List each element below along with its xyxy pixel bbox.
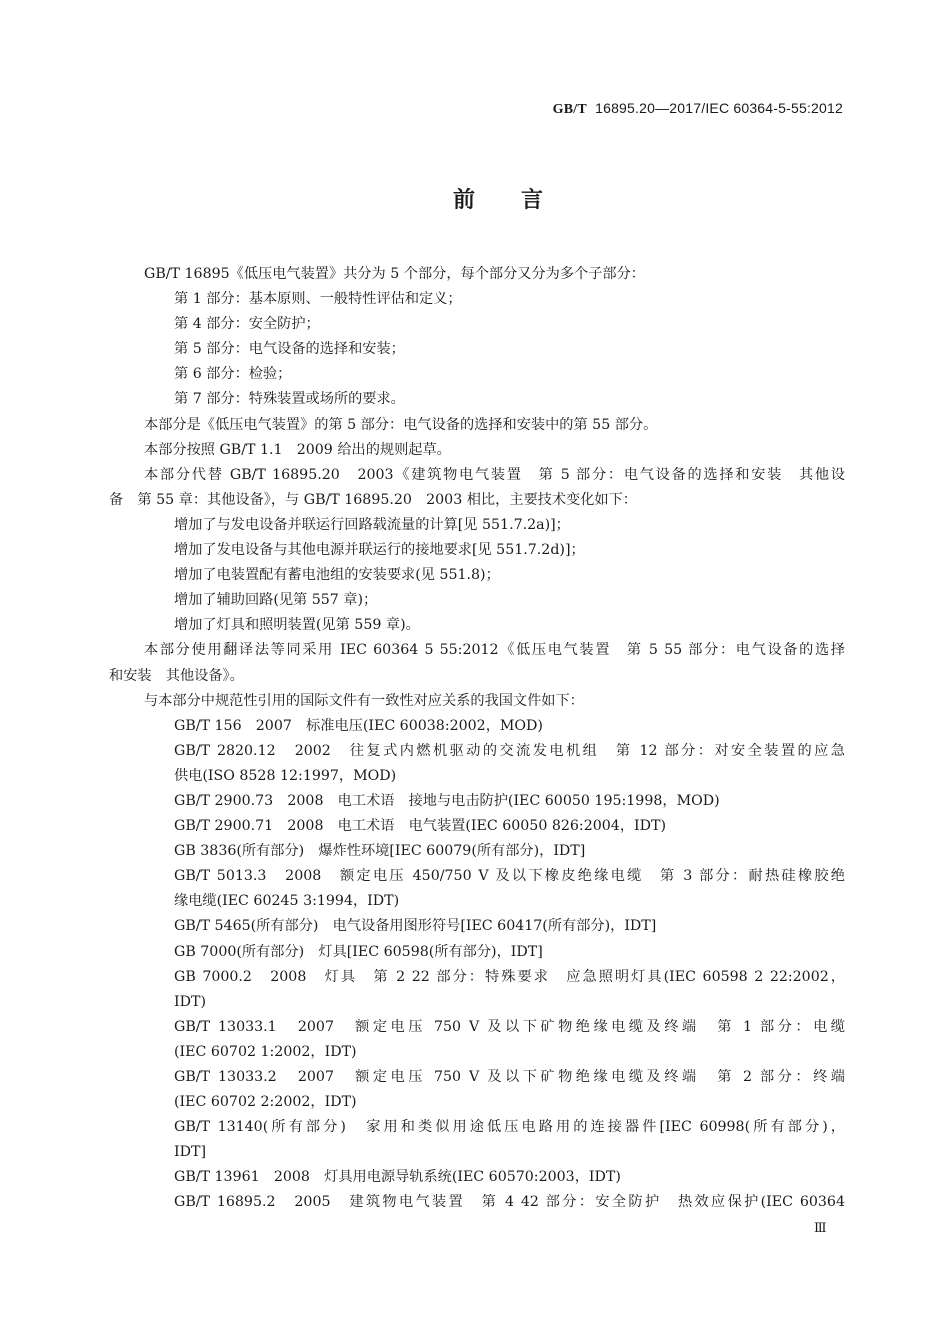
text-line: GB 7000(所有部分) 灯具[IEC 60598(所有部分)，IDT] xyxy=(109,940,845,965)
text-line: 与本部分中规范性引用的国际文件有一致性对应关系的我国文件如下： xyxy=(109,689,845,714)
text-line: 和安装 其他设备》。 xyxy=(109,664,845,689)
standard-prefix: GB/T xyxy=(553,102,587,117)
foreword-body: GB/T 16895《低压电气装置》共分为 5 个部分，每个部分又分为多个子部分… xyxy=(109,262,845,1216)
text-line: 增加了灯具和照明装置(见第 559 章)。 xyxy=(109,613,845,638)
text-line: 第 6 部分：检验； xyxy=(109,362,845,387)
text-line: 增加了辅助回路(见第 557 章)； xyxy=(109,588,845,613)
text-line: (IEC 60702 2:2002，IDT) xyxy=(109,1090,845,1115)
standard-number: 16895.20—2017/IEC 60364-5-55:2012 xyxy=(595,100,843,116)
text-line: 本部分按照 GB/T 1.1 2009 给出的规则起草。 xyxy=(109,438,845,463)
text-line: GB 3836(所有部分) 爆炸性环境[IEC 60079(所有部分)，IDT] xyxy=(109,839,845,864)
text-line: GB/T 5013.3 2008 额定电压 450/750 V 及以下橡皮绝缘电… xyxy=(109,864,845,889)
text-line: GB 7000.2 2008 灯具 第 2 22 部分：特殊要求 应急照明灯具(… xyxy=(109,965,845,990)
text-line: GB/T 156 2007 标准电压(IEC 60038:2002，MOD) xyxy=(109,714,845,739)
text-line: 增加了电装置配有蓄电池组的安装要求(见 551.8)； xyxy=(109,563,845,588)
text-line: 增加了与发电设备并联运行回路载流量的计算[见 551.7.2a)]； xyxy=(109,513,845,538)
text-line: GB/T 16895.2 2005 建筑物电气装置 第 4 42 部分：安全防护… xyxy=(109,1190,845,1215)
text-line: GB/T 2820.12 2002 往复式内燃机驱动的交流发电机组 第 12 部… xyxy=(109,739,845,764)
text-line: 第 7 部分：特殊装置或场所的要求。 xyxy=(109,387,845,412)
text-line: IDT) xyxy=(109,990,845,1015)
text-line: GB/T 13033.1 2007 额定电压 750 V 及以下矿物绝缘电缆及终… xyxy=(109,1015,845,1040)
text-line: 供电(ISO 8528 12:1997，MOD) xyxy=(109,764,845,789)
text-line: 本部分是《低压电气装置》的第 5 部分：电气设备的选择和安装中的第 55 部分。 xyxy=(109,413,845,438)
text-line: GB/T 13033.2 2007 额定电压 750 V 及以下矿物绝缘电缆及终… xyxy=(109,1065,845,1090)
text-line: 本部分代替 GB/T 16895.20 2003《建筑物电气装置 第 5 部分：… xyxy=(109,463,845,488)
text-line: 增加了发电设备与其他电源并联运行的接地要求[见 551.7.2d)]； xyxy=(109,538,845,563)
text-line: GB/T 2900.73 2008 电工术语 接地与电击防护(IEC 60050… xyxy=(109,789,845,814)
text-line: GB/T 13140(所有部分) 家用和类似用途低压电路用的连接器件[IEC 6… xyxy=(109,1115,845,1140)
text-line: IDT] xyxy=(109,1140,845,1165)
standard-code-header: GB/T 16895.20—2017/IEC 60364-5-55:2012 xyxy=(553,100,843,118)
text-line: (IEC 60702 1:2002，IDT) xyxy=(109,1040,845,1065)
text-line: 第 1 部分：基本原则、一般特性评估和定义； xyxy=(109,287,845,312)
text-line: 第 4 部分：安全防护； xyxy=(109,312,845,337)
page-number: Ⅲ xyxy=(814,1221,827,1236)
text-line: GB/T 5465(所有部分) 电气设备用图形符号[IEC 60417(所有部分… xyxy=(109,914,845,939)
text-line: 第 5 部分：电气设备的选择和安装； xyxy=(109,337,845,362)
text-line: 备 第 55 章：其他设备》，与 GB/T 16895.20 2003 相比，主… xyxy=(109,488,845,513)
text-line: GB/T 13961 2008 灯具用电源导轨系统(IEC 60570:2003… xyxy=(109,1165,845,1190)
page-title: 前言 xyxy=(0,183,950,214)
text-line: 本部分使用翻译法等同采用 IEC 60364 5 55:2012《低压电气装置 … xyxy=(109,638,845,663)
text-line: 缘电缆(IEC 60245 3:1994，IDT) xyxy=(109,889,845,914)
text-line: GB/T 2900.71 2008 电工术语 电气装置(IEC 60050 82… xyxy=(109,814,845,839)
text-line: GB/T 16895《低压电气装置》共分为 5 个部分，每个部分又分为多个子部分… xyxy=(109,262,845,287)
